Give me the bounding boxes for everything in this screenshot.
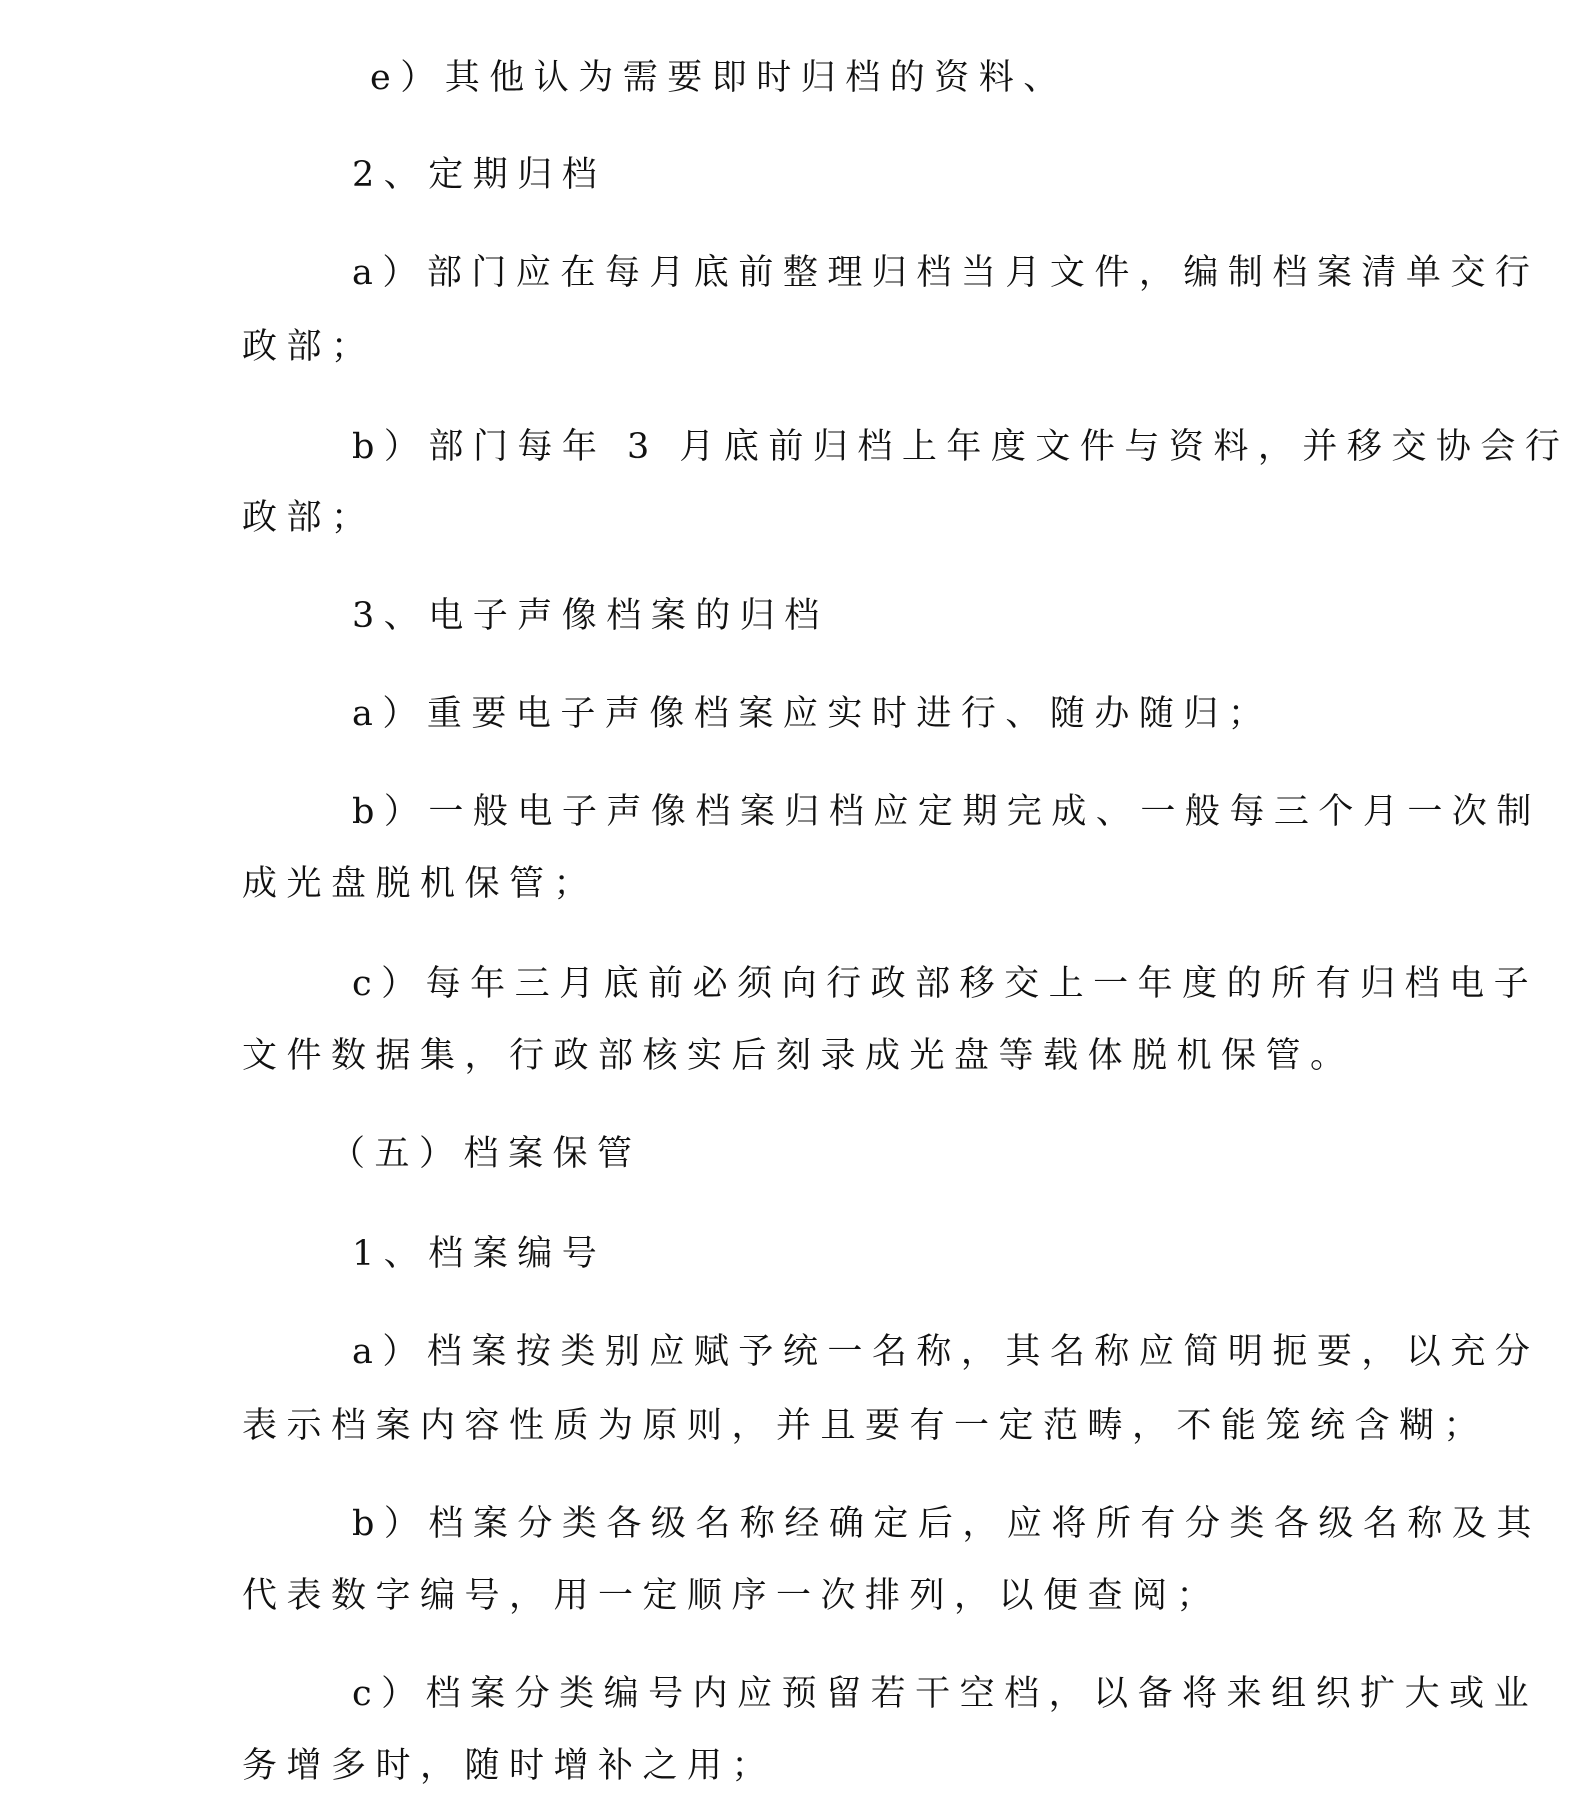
heading-electronic-archive: 3、电子声像档案的归档	[352, 594, 829, 638]
paragraph-naming-rule-cont: 表示档案内容性质为原则，并且要有一定范畴，不能笼统含糊；	[242, 1404, 1488, 1448]
paragraph-monthly-archive-cont: 政部；	[242, 325, 376, 369]
paragraph-general-electronic-cont: 成光盘脱机保管；	[242, 862, 598, 906]
paragraph-naming-rule: a）档案按类别应赋予统一名称，其名称应简明扼要，以充分	[352, 1330, 1539, 1374]
paragraph-reserved-slots: c）档案分类编号内应预留若干空档，以备将来组织扩大或业	[352, 1672, 1538, 1716]
paragraph-reserved-slots-cont: 务增多时，随时增补之用；	[242, 1744, 776, 1788]
paragraph-monthly-archive: a）部门应在每月底前整理归档当月文件，编制档案清单交行	[352, 251, 1539, 295]
paragraph-annual-transfer: c）每年三月底前必须向行政部移交上一年度的所有归档电子	[352, 962, 1538, 1006]
paragraph-yearly-archive: b）部门每年 3 月底前归档上年度文件与资料，并移交协会行	[352, 425, 1569, 469]
section-heading-archive-custody: （五）档案保管	[330, 1132, 642, 1176]
list-item-e-other-archive: e）其他认为需要即时归档的资料、	[370, 56, 1068, 100]
heading-periodic-archive: 2、定期归档	[352, 153, 606, 197]
paragraph-general-electronic: b）一般电子声像档案归档应定期完成、一般每三个月一次制	[352, 790, 1541, 834]
paragraph-annual-transfer-cont: 文件数据集，行政部核实后刻录成光盘等载体脱机保管。	[242, 1034, 1355, 1078]
paragraph-important-electronic: a）重要电子声像档案应实时进行、随办随归；	[352, 692, 1272, 736]
heading-archive-numbering: 1、档案编号	[352, 1232, 606, 1276]
paragraph-classification-order-cont: 代表数字编号，用一定顺序一次排列，以便查阅；	[242, 1574, 1221, 1618]
paragraph-classification-order: b）档案分类各级名称经确定后，应将所有分类各级名称及其	[352, 1502, 1541, 1546]
paragraph-yearly-archive-cont: 政部；	[242, 496, 376, 540]
